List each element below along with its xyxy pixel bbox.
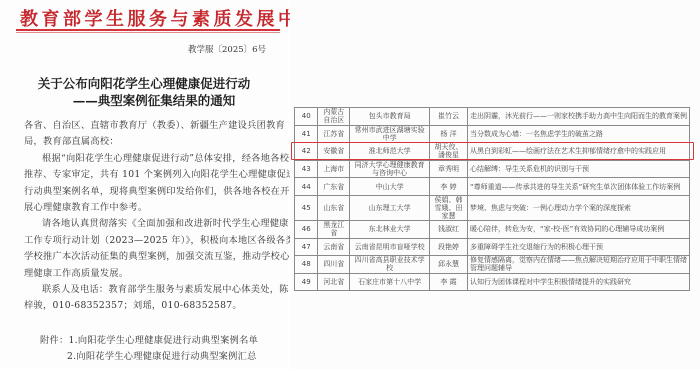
- province-cell: 河北省: [318, 273, 350, 291]
- row-number: 46: [295, 220, 318, 238]
- case-title-cell: 修复情感隔离，觉察内在情绪——焦点解决短期治疗应用于中职生情绪管理问题辅导: [467, 256, 689, 274]
- unit-cell: 东北林业大学: [350, 220, 430, 238]
- table-row: 45 山东省 山东理工大学 侯娟、韩雪娥、田家慧 梦境、焦虑与突破：一例心理动力…: [295, 195, 690, 220]
- author-cell: 邱永慧: [430, 256, 468, 274]
- notice-title-line-1: 关于公布向阳花学生心理健康促进行动: [0, 74, 288, 92]
- body-line: 学校推广本次活动征集的典型案例，加强交流互鉴，推动学校心: [24, 249, 276, 265]
- org-header: 教育部学生服务与素质发展中心: [20, 5, 280, 27]
- table-row: 48 四川省 四川省高县职业技术学校 邱永慧 修复情感隔离，觉察内在情绪——焦点…: [295, 256, 690, 274]
- unit-cell: 淮北师范大学: [350, 143, 430, 161]
- document-number: 教学服〔2025〕6号: [188, 43, 266, 55]
- case-title-cell: 当分数成为心墙：一名焦虑学生的破茧之路: [467, 125, 689, 143]
- row-number: 49: [295, 273, 318, 291]
- province-cell: 广东省: [318, 178, 350, 196]
- attachments-label: 附件：: [40, 335, 68, 346]
- row-number: 45: [295, 195, 318, 220]
- attachments: 附件：1.向阳花学生心理健康促进行动典型案例名单 2.向阳花学生心理健康促进行动…: [40, 333, 292, 366]
- case-title-cell: 心结解缚：导生关系危机的识别与干预: [467, 160, 689, 178]
- case-title-cell: 从黑白到彩虹——绘画疗法在艺术生抑郁情绪疗愈中的实践应用: [467, 143, 689, 161]
- province-cell: 云南省: [318, 238, 350, 256]
- case-title-cell: 梦境、焦虑与突破：一例心理动力学个案的深度探索: [467, 195, 689, 220]
- province-cell: 内蒙古自治区: [318, 108, 350, 126]
- attachment-item: 附件：1.向阳花学生心理健康促进行动典型案例名单: [40, 333, 292, 349]
- author-cell: 胡天佼、潘俊星: [430, 143, 468, 161]
- body-line: 展心理健康教育工作中参考。: [24, 200, 276, 216]
- notice-document-panel: 教育部学生服务与素质发展中心 教学服〔2025〕6号 关于公布向阳花学生心理健康…: [0, 0, 288, 369]
- unit-cell: 包头市教育局: [350, 108, 430, 126]
- case-list-table: 40 内蒙古自治区 包头市教育局 崔竹云 走出阴霾，沐光前行——一则家校携手助力…: [294, 107, 690, 291]
- row-number: 47: [295, 238, 318, 256]
- notice-title-line-2: ——典型案例征集结果的通知: [10, 91, 298, 109]
- row-number: 41: [295, 125, 318, 143]
- case-title-cell: 走出阴霾，沐光前行——一则家校携手助力高中生向阳而生的教育案例: [467, 108, 689, 126]
- case-title-cell: 暖心陪伴，转危为安，“家-校-医”有效协同的心理辅导成功案例: [467, 220, 689, 238]
- author-cell: 李 霞: [430, 273, 468, 291]
- province-cell: 安徽省: [318, 143, 350, 161]
- province-cell: 山东省: [318, 195, 350, 220]
- unit-cell: 中山大学: [350, 178, 430, 196]
- author-cell: 章秀明: [430, 160, 468, 178]
- red-header-rule: [16, 29, 280, 31]
- body-line: 行动典型案例名单，现将典型案例印发给你们，供各地各校在开: [24, 184, 276, 200]
- body-line: 联系人及电话：教育部学生服务与素质发展中心体美处，陈: [24, 282, 276, 298]
- province-cell: 上海市: [318, 160, 350, 178]
- unit-cell: 山东理工大学: [350, 195, 430, 220]
- row-number: 40: [295, 108, 318, 126]
- province-cell: 黑龙江省: [318, 220, 350, 238]
- author-cell: 钱淑红: [430, 220, 468, 238]
- unit-cell: 同济大学心理健康教育与咨询中心: [350, 160, 430, 178]
- unit-cell: 常州市武进区湖塘实验中学: [350, 125, 430, 143]
- red-header-rule-thin: [16, 32, 280, 33]
- table-row: 44 广东省 中山大学 李 婷 “尊师重道——传承共进的导生关系”研究生单次团体…: [295, 178, 690, 196]
- table-row: 40 内蒙古自治区 包头市教育局 崔竹云 走出阴霾，沐光前行——一则家校携手助力…: [295, 108, 690, 126]
- attachment-item: 2.向阳花学生心理健康促进行动典型案例汇总: [40, 349, 292, 365]
- unit-cell: 石家庄市第十八中学: [350, 273, 430, 291]
- author-cell: 李 婷: [430, 178, 468, 196]
- body-line: 工作专项行动计划（2023—2025 年）》，积极向本地区各级各类: [24, 233, 276, 249]
- body-line: 理健康工作高质量发展。: [24, 266, 276, 282]
- notice-body: 各省、自治区、直辖市教育厅（教委）、新疆生产建设兵团教育 局，教育部直属高校： …: [24, 118, 276, 315]
- unit-cell: 云南省昆明市盲哑学校: [350, 238, 430, 256]
- table-row: 43 上海市 同济大学心理健康教育与咨询中心 章秀明 心结解缚：导生关系危机的识…: [295, 160, 690, 178]
- province-cell: 江苏省: [318, 125, 350, 143]
- table-row: 46 黑龙江省 东北林业大学 钱淑红 暖心陪伴，转危为安，“家-校-医”有效协同…: [295, 220, 690, 238]
- author-cell: 段艳婷: [430, 238, 468, 256]
- case-title-cell: 认知行为团体课程对中学生积极情绪提升的实践研究: [467, 273, 689, 291]
- body-line: 请各地认真贯彻落实《全面加强和改进新时代学生心理健康: [24, 216, 276, 232]
- table-row: 41 江苏省 常州市武进区湖塘实验中学 杨 洋 当分数成为心墙：一名焦虑学生的破…: [295, 125, 690, 143]
- row-number: 44: [295, 178, 318, 196]
- table-row: 49 河北省 石家庄市第十八中学 李 霞 认知行为团体课程对中学生积极情绪提升的…: [295, 273, 690, 291]
- case-title-cell: “尊师重道——传承共进的导生关系”研究生单次团体体验工作坊案例: [467, 178, 689, 196]
- case-list-panel: 40 内蒙古自治区 包头市教育局 崔竹云 走出阴霾，沐光前行——一则家校携手助力…: [290, 0, 700, 369]
- province-cell: 四川省: [318, 256, 350, 274]
- table-row-highlighted: 42 安徽省 淮北师范大学 胡天佼、潘俊星 从黑白到彩虹——绘画疗法在艺术生抑郁…: [295, 143, 690, 161]
- body-line: 根据“向阳花学生心理健康促进行动”总体安排，经各地各校: [24, 151, 276, 167]
- author-cell: 侯娟、韩雪娥、田家慧: [430, 195, 468, 220]
- row-number: 43: [295, 160, 318, 178]
- body-line: 各省、自治区、直辖市教育厅（教委）、新疆生产建设兵团教育: [24, 118, 276, 134]
- table-row: 47 云南省 云南省昆明市盲哑学校 段艳婷 多重障碍学生社交退缩行为的积极心理干…: [295, 238, 690, 256]
- author-cell: 杨 洋: [430, 125, 468, 143]
- case-title-cell: 多重障碍学生社交退缩行为的积极心理干预: [467, 238, 689, 256]
- author-cell: 崔竹云: [430, 108, 468, 126]
- body-line: 局，教育部直属高校：: [24, 134, 276, 150]
- body-line: 推荐、专家审定，共有 101 个案例列入向阳花学生心理健康促进: [24, 167, 276, 183]
- body-line: 梓骏，010-68352357；刘瑶，010-68352587。: [24, 298, 276, 314]
- row-number: 42: [295, 143, 318, 161]
- row-number: 48: [295, 256, 318, 274]
- unit-cell: 四川省高县职业技术学校: [350, 256, 430, 274]
